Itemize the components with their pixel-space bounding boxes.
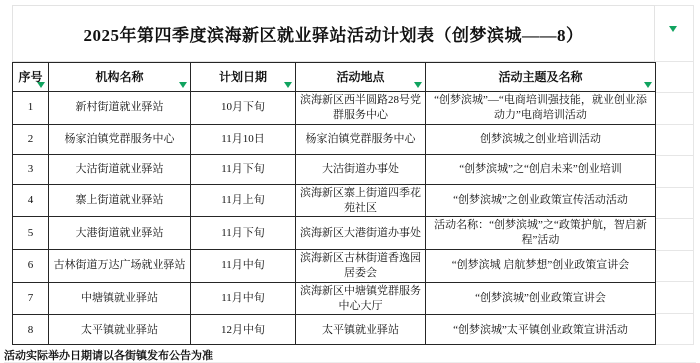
cell-no[interactable]: 5	[13, 217, 49, 250]
column-header[interactable]: 活动地点	[296, 63, 426, 92]
cell-no[interactable]: 3	[13, 154, 49, 184]
column-header-label: 计划日期	[219, 70, 267, 84]
table-row: 1新村街道就业驿站10月下旬滨海新区西半圆路28号党群服务中心“创梦滨城”—“电…	[13, 92, 656, 125]
cell-date[interactable]: 11月下旬	[191, 217, 296, 250]
column-header[interactable]: 序号	[13, 63, 49, 92]
cell-no[interactable]: 1	[13, 92, 49, 125]
grid-cell[interactable]	[655, 314, 694, 346]
table-row: 6古林街道万达广场就业驿站11月中旬滨海新区古林街道香逸园居委会“创梦滨城 启航…	[13, 250, 656, 283]
grid-cell[interactable]	[655, 125, 694, 157]
table-row: 4寨上街道就业驿站11月上旬滨海新区寨上街道四季花苑社区“创梦滨城”之创业政策宣…	[13, 184, 656, 217]
page-title: 2025年第四季度滨海新区就业驿站活动计划表（创梦滨城——8）	[12, 5, 655, 62]
column-header-label: 活动主题及名称	[498, 70, 582, 84]
cell-org[interactable]: 杨家泊镇党群服务中心	[49, 124, 191, 154]
cell-place[interactable]: 杨家泊镇党群服务中心	[296, 124, 426, 154]
empty-grid-column	[655, 5, 694, 357]
cell-org[interactable]: 中塘镇就业驿站	[49, 282, 191, 315]
cell-org[interactable]: 大港街道就业驿站	[49, 217, 191, 250]
cell-no[interactable]: 4	[13, 184, 49, 217]
cell-date[interactable]: 11月10日	[191, 124, 296, 154]
column-header[interactable]: 计划日期	[191, 63, 296, 92]
cell-no[interactable]: 6	[13, 250, 49, 283]
cell-date[interactable]: 11月上旬	[191, 184, 296, 217]
cell-org[interactable]: 新村街道就业驿站	[49, 92, 191, 125]
cell-no[interactable]: 7	[13, 282, 49, 315]
activity-plan-table: 序号机构名称计划日期活动地点活动主题及名称 1新村街道就业驿站10月下旬滨海新区…	[12, 62, 656, 345]
filter-dropdown-icon[interactable]	[179, 82, 187, 88]
cell-place[interactable]: 大沽街道办事处	[296, 154, 426, 184]
cell-place[interactable]: 太平镇就业驿站	[296, 315, 426, 345]
column-header-label: 活动地点	[336, 70, 384, 84]
grid-cell[interactable]	[655, 251, 694, 283]
grid-cell[interactable]	[655, 156, 694, 188]
cell-org[interactable]: 寨上街道就业驿站	[49, 184, 191, 217]
table-row: 7中塘镇就业驿站11月中旬滨海新区中塘镇党群服务中心大厅“创梦滨城”创业政策宣讲…	[13, 282, 656, 315]
cell-date[interactable]: 11月中旬	[191, 250, 296, 283]
cell-place[interactable]: 滨海新区古林街道香逸园居委会	[296, 250, 426, 283]
grid-cell[interactable]	[655, 188, 694, 220]
cell-place[interactable]: 滨海新区大港街道办事处	[296, 217, 426, 250]
filter-dropdown-icon[interactable]	[414, 82, 422, 88]
cell-org[interactable]: 太平镇就业驿站	[49, 315, 191, 345]
filter-dropdown-icon[interactable]	[644, 82, 652, 88]
cell-theme[interactable]: “创梦滨城”太平镇创业政策宣讲活动	[426, 315, 656, 345]
cell-place[interactable]: 滨海新区西半圆路28号党群服务中心	[296, 92, 426, 125]
cell-no[interactable]: 8	[13, 315, 49, 345]
cell-date[interactable]: 11月下旬	[191, 154, 296, 184]
cell-theme[interactable]: 创梦滨城之创业培训活动	[426, 124, 656, 154]
grid-cell[interactable]	[655, 5, 694, 62]
cell-no[interactable]: 2	[13, 124, 49, 154]
grid-cell[interactable]	[655, 282, 694, 314]
cell-theme[interactable]: “创梦滨城”创业政策宣讲会	[426, 282, 656, 315]
table-row: 8太平镇就业驿站12月中旬太平镇就业驿站“创梦滨城”太平镇创业政策宣讲活动	[13, 315, 656, 345]
cell-theme[interactable]: “创梦滨城”之“创启未来”创业培训	[426, 154, 656, 184]
header-row: 序号机构名称计划日期活动地点活动主题及名称	[13, 63, 656, 92]
cell-theme[interactable]: “创梦滨城 启航梦想”创业政策宣讲会	[426, 250, 656, 283]
cell-org[interactable]: 古林街道万达广场就业驿站	[49, 250, 191, 283]
footer-note: 活动实际举办日期请以各街镇发布公告为准	[4, 347, 696, 363]
cell-date[interactable]: 11月中旬	[191, 282, 296, 315]
column-header[interactable]: 活动主题及名称	[426, 63, 656, 92]
grid-cell[interactable]	[655, 62, 694, 93]
column-header-label: 机构名称	[95, 70, 143, 84]
grid-cell[interactable]	[655, 93, 694, 125]
cell-theme[interactable]: 活动名称：“创梦滨城”之“政策护航，智启新程”活动	[426, 217, 656, 250]
cell-date[interactable]: 12月中旬	[191, 315, 296, 345]
cell-place[interactable]: 滨海新区中塘镇党群服务中心大厅	[296, 282, 426, 315]
table-body: 1新村街道就业驿站10月下旬滨海新区西半圆路28号党群服务中心“创梦滨城”—“电…	[13, 92, 656, 345]
grid-cell[interactable]	[655, 219, 694, 251]
cell-theme[interactable]: “创梦滨城”—“电商培训强技能，就业创业添动力”电商培训活动	[426, 92, 656, 125]
cell-theme[interactable]: “创梦滨城”之创业政策宣传活动活动	[426, 184, 656, 217]
cell-org[interactable]: 大沽街道就业驿站	[49, 154, 191, 184]
table-row: 2杨家泊镇党群服务中心11月10日杨家泊镇党群服务中心创梦滨城之创业培训活动	[13, 124, 656, 154]
table-row: 3大沽街道就业驿站11月下旬大沽街道办事处“创梦滨城”之“创启未来”创业培训	[13, 154, 656, 184]
filter-dropdown-icon[interactable]	[37, 82, 45, 88]
filter-dropdown-icon[interactable]	[284, 82, 292, 88]
cell-place[interactable]: 滨海新区寨上街道四季花苑社区	[296, 184, 426, 217]
table-row: 5大港街道就业驿站11月下旬滨海新区大港街道办事处活动名称：“创梦滨城”之“政策…	[13, 217, 656, 250]
cell-date[interactable]: 10月下旬	[191, 92, 296, 125]
column-header[interactable]: 机构名称	[49, 63, 191, 92]
